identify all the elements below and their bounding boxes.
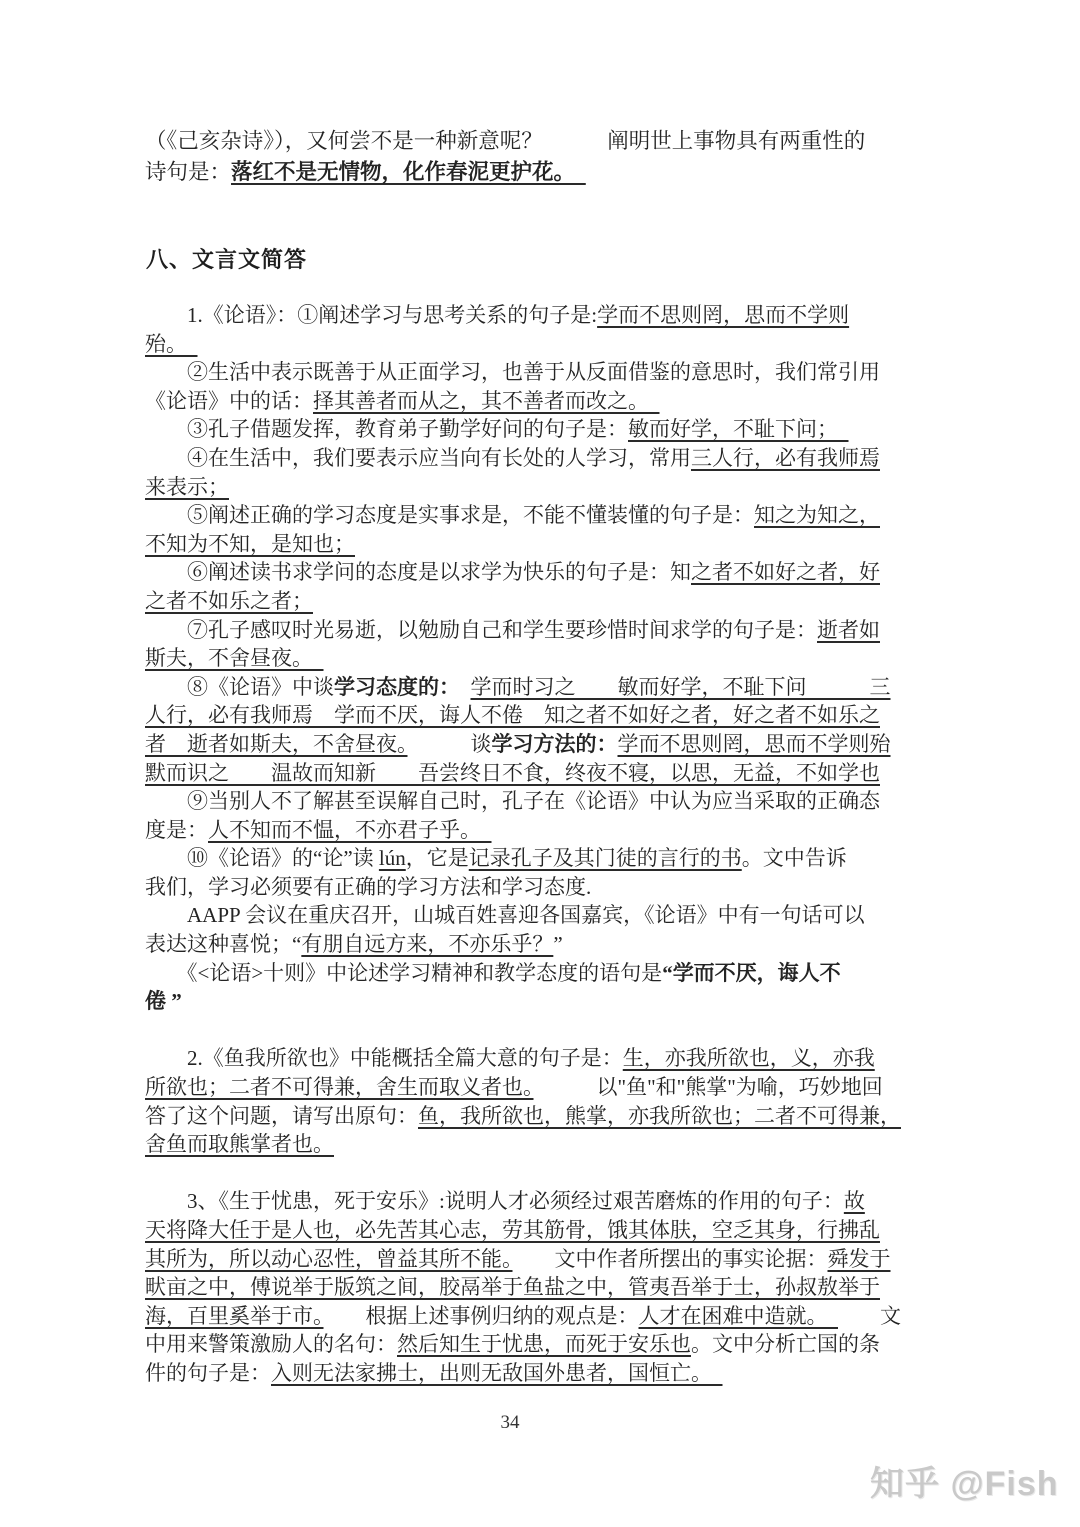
text-line: 人行，必有我师焉 学而不厌，诲人不倦 知之者不如好之者，好之者不如乐之 [145,701,945,730]
text-line: 件的句子是：入则无法家拂士，出则无敌国外患者，国恒亡。 [145,1359,945,1388]
text-line [145,1159,945,1188]
plain-text: ②生活中表示既善于从正面学习，也善于从反面借鉴的意思时，我们常引用 [145,360,880,384]
plain-text [450,675,471,699]
page-number: 34 [490,1412,530,1434]
answer-underlined-text: 故 [844,1189,865,1213]
plain-text: ⑥阐述读书求学问的态度是以求学为快乐的句子是：知 [145,560,691,584]
plain-text: 度是： [145,818,208,842]
plain-text: ⑤阐述正确的学习态度是实事求是，不能不懂装懂的句子是： [145,503,754,527]
text-line: ⑩《论语》的“论”读 lún，它是记录孔子及其门徒的言行的书。文中告诉 [145,844,945,873]
plain-text: 以"鱼"和"熊掌"为喻，巧妙地回 [534,1075,883,1099]
text-line: 表达这种喜悦；“有朋自远方来，不亦乐乎？” [145,930,945,959]
answer-underlined-text: 不知为不知，是知也； [145,532,355,556]
text-line: 殆。 [145,330,945,359]
emphasis-text: 学习态度的： [334,675,450,699]
plain-text: 1.《论语》：①阐述学习与思考关系的句子是: [145,303,597,327]
emphasis-text: 学习方法的： [492,732,618,756]
text-line: 其所为，所以动心忍性，曾益其所不能。 文中作者所摆出的事实论据：舜发于 [145,1245,945,1274]
plain-text: 2.《鱼我所欲也》中能概括全篇大意的句子是： [145,1046,623,1070]
answer-underlined-text: 然后知生于忧患，而死于安乐也 [397,1332,691,1356]
text-line: 《<论语>十则》中论述学习精神和教学态度的语句是“学而不厌，诲人不 [145,959,945,988]
plain-text: 文 [838,1304,901,1328]
plain-text: ⑩《论语》的“论”读 [145,846,379,870]
emphasis-text: 倦 ” [145,989,182,1013]
answer-underlined-text: 入则无法家拂士，出则无敌国外患者，国恒亡。 [271,1361,723,1385]
answer-underlined-text: 鱼，我所欲也，熊掌，亦我所欲也；二者不可得兼， [418,1104,901,1128]
text-line: 我们，学习必须要有正确的学习方法和学习态度. [145,873,945,902]
answer-underlined-text: 畎亩之中，傅说举于版筑之间，胶鬲举于鱼盐之中，管夷吾举于士，孙叔敖举于 [145,1275,880,1299]
text-line: 不知为不知，是知也； [145,530,945,559]
text-line: 天将降大任于是人也，必先苦其心志，劳其筋骨，饿其体肤，空乏其身，行拂乱 [145,1216,945,1245]
text-line: 倦 ” [145,987,945,1016]
answer-underlined-text: 学而时习之 敏而好学，不耻下问 三 [471,675,891,699]
body-text: 1.《论语》：①阐述学习与思考关系的句子是:学而不思则罔，思而不学则殆。 ②生活… [145,301,945,1388]
answer-underlined-text: 有朋自远方来，不亦乐乎？ [301,932,553,956]
answer-underlined-text: 敏而好学，不耻下问； [628,417,849,441]
plain-text: ⑦孔子感叹时光易逝，以勉励自己和学生要珍惜时间求学的句子是： [145,618,817,642]
intro-paragraph: （《己亥杂诗》），又何尝不是一种新意呢？ 阐明世上事物具有两重性的诗句是：落红不… [145,126,945,188]
plain-text: 《<论语>十则》中论述学习精神和教学态度的语句是 [145,961,662,985]
answer-underlined-text: 生，亦我所欲也，义，亦我 [623,1046,875,1070]
answer-underlined-text: lún [379,846,406,870]
answer-underlined-text: 三人行，必有我师焉 [691,446,880,470]
answer-underlined-text: 记录孔子及其门徒的言行的书 [469,846,742,870]
text-line: （《己亥杂诗》），又何尝不是一种新意呢？ 阐明世上事物具有两重性的 [145,126,945,157]
answer-underlined-text: 择其善者而从之，其不善者而改之。 [313,389,660,413]
text-line: ⑥阐述读书求学问的态度是以求学为快乐的句子是：知之者不如好之者，好 [145,558,945,587]
watermark: 知乎 @Fish [870,1456,1059,1505]
answer-underlined-text: 学而不思则罔，思而不学则殆 [618,732,891,756]
answer-underlined-text: 之者不如好之者，好 [691,560,880,584]
answer-underlined-text: 其所为，所以动心忍性，曾益其所不能。 [145,1247,513,1271]
answer-underlined-text: 人不知而不愠，不亦君子乎。 [208,818,492,842]
answer-underlined-text: 学而不思则罔，思而不学则 [597,303,849,327]
text-line: 诗句是：落红不是无情物，化作春泥更护花。 [145,157,945,188]
text-line: 3、《生于忧患，死于安乐》:说明人才必须经过艰苦磨炼的作用的句子：故 [145,1187,945,1216]
plain-text: 表达这种喜悦；“ [145,932,301,956]
text-line: 2.《鱼我所欲也》中能概括全篇大意的句子是：生，亦我所欲也，义，亦我 [145,1044,945,1073]
text-line: AAPP 会议在重庆召开，山城百姓喜迎各国嘉宾，《论语》中有一句话可以 [145,901,945,930]
answer-underlined-text: 所欲也；二者不可得兼，舍生而取义者也。 [145,1075,534,1099]
text-line: 畎亩之中，傅说举于版筑之间，胶鬲举于鱼盐之中，管夷吾举于士，孙叔敖举于 [145,1273,945,1302]
answer-underlined-text: 舍鱼而取熊掌者也。 [145,1132,334,1156]
text-line: 舍鱼而取熊掌者也。 [145,1130,945,1159]
text-line: 之者不如乐之者； [145,587,945,616]
text-line: ⑤阐述正确的学习态度是实事求是，不能不懂装懂的句子是：知之为知之， [145,501,945,530]
emphasis-text: “学而不厌，诲人不 [662,961,841,985]
text-line: 度是：人不知而不愠，不亦君子乎。 [145,816,945,845]
plain-text: 件的句子是： [145,1361,271,1385]
text-line: ⑨当别人不了解甚至误解自己时，孔子在《论语》中认为应当采取的正确态 [145,787,945,816]
plain-text: ⑧《论语》中谈 [145,675,334,699]
plain-text: AAPP 会议在重庆召开，山城百姓喜迎各国嘉宾，《论语》中有一句话可以 [145,903,865,927]
plain-text: 答了这个问题，请写出原句： [145,1104,418,1128]
answer-underlined-text: 天将降大任于是人也，必先苦其心志，劳其筋骨，饿其体肤，空乏其身，行拂乱 [145,1218,880,1242]
document-page: （《己亥杂诗》），又何尝不是一种新意呢？ 阐明世上事物具有两重性的诗句是：落红不… [0,0,1080,1527]
answer-underlined-text: 默而识之 温故而知新 吾尝终日不食，终夜不寝，以思，无益，不如学也 [145,761,880,785]
text-line: ②生活中表示既善于从正面学习，也善于从反面借鉴的意思时，我们常引用 [145,358,945,387]
plain-text: 文中作者所摆出的事实论据： [513,1247,828,1271]
answer-underlined-text: 来表示； [145,475,229,499]
plain-text: （《己亥杂诗》），又何尝不是一种新意呢？ 阐明世上事物具有两重性的 [145,129,865,153]
answer-underlined-text: 人行，必有我师焉 学而不厌，诲人不倦 知之者不如好之者，好之者不如乐之 [145,703,880,727]
text-line: 者 逝者如斯夫，不舍昼夜。 谈学习方法的：学而不思则罔，思而不学则殆 [145,730,945,759]
plain-text: 。文中分析亡国的条 [691,1332,880,1356]
plain-text: 3、《生于忧患，死于安乐》:说明人才必须经过艰苦磨炼的作用的句子： [145,1189,844,1213]
text-line: 答了这个问题，请写出原句：鱼，我所欲也，熊掌，亦我所欲也；二者不可得兼， [145,1102,945,1131]
text-line: 默而识之 温故而知新 吾尝终日不食，终夜不寝，以思，无益，不如学也 [145,759,945,788]
text-line: 所欲也；二者不可得兼，舍生而取义者也。 以"鱼"和"熊掌"为喻，巧妙地回 [145,1073,945,1102]
answer-underlined-text: 者 逝者如斯夫，不舍昼夜。 [145,732,408,756]
plain-text: 中用来警策激励人的名句： [145,1332,397,1356]
text-line: 来表示； [145,473,945,502]
plain-text: 根据上述事例归纳的观点是： [324,1304,639,1328]
plain-text: ④在生活中，我们要表示应当向有长处的人学习，常用 [145,446,691,470]
section-heading: 八、文言文简答 [146,243,307,274]
plain-text: ” [553,932,562,956]
answer-underlined-text: 落红不是无情物，化作春泥更护花。 [231,160,586,184]
text-line: ③孔子借题发挥，教育弟子勤学好问的句子是：敏而好学，不耻下问； [145,415,945,444]
answer-underlined-text: 人才在困难中造就。 [639,1304,839,1328]
answer-underlined-text: 舜发于 [828,1247,891,1271]
text-line: ④在生活中，我们要表示应当向有长处的人学习，常用三人行，必有我师焉 [145,444,945,473]
text-line: 《论语》中的话：择其善者而从之，其不善者而改之。 [145,387,945,416]
answer-underlined-text: 海，百里奚举于市。 [145,1304,324,1328]
plain-text: ⑨当别人不了解甚至误解自己时，孔子在《论语》中认为应当采取的正确态 [145,789,880,813]
plain-text: ，它是 [406,846,469,870]
plain-text: 谈 [408,732,492,756]
text-line: 海，百里奚举于市。 根据上述事例归纳的观点是：人才在困难中造就。 文 [145,1302,945,1331]
answer-underlined-text: 知之为知之， [754,503,880,527]
text-line: 1.《论语》：①阐述学习与思考关系的句子是:学而不思则罔，思而不学则 [145,301,945,330]
plain-text: 诗句是： [145,160,231,184]
text-line: 中用来警策激励人的名句：然后知生于忧患，而死于安乐也。文中分析亡国的条 [145,1330,945,1359]
plain-text: 《论语》中的话： [145,389,313,413]
answer-underlined-text: 逝者如 [817,618,880,642]
answer-underlined-text: 之者不如乐之者； [145,589,313,613]
plain-text: ③孔子借题发挥，教育弟子勤学好问的句子是： [145,417,628,441]
text-line [145,1016,945,1045]
plain-text: 我们，学习必须要有正确的学习方法和学习态度. [145,875,591,899]
text-line: ⑦孔子感叹时光易逝，以勉励自己和学生要珍惜时间求学的句子是：逝者如 [145,616,945,645]
text-line: ⑧《论语》中谈学习态度的： 学而时习之 敏而好学，不耻下问 三 [145,673,945,702]
plain-text: 。文中告诉 [742,846,847,870]
text-line: 斯夫，不舍昼夜。 [145,644,945,673]
answer-underlined-text: 斯夫，不舍昼夜。 [145,646,324,670]
answer-underlined-text: 殆。 [145,332,198,356]
